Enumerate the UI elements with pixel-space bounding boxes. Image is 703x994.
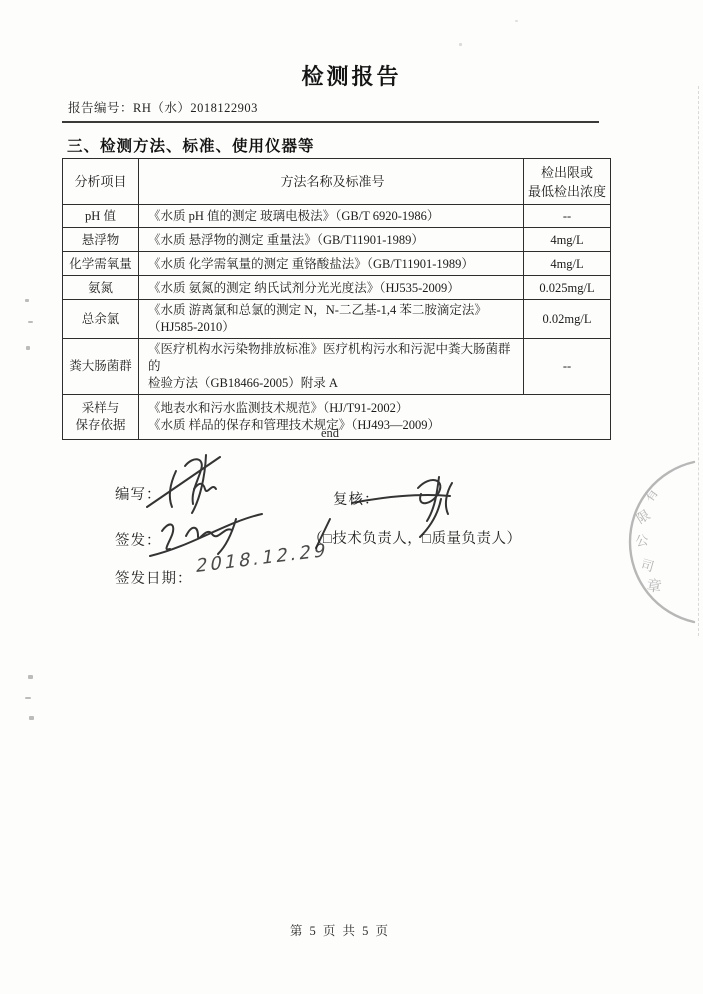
scan-speck bbox=[25, 697, 31, 699]
checkbox-tick-stroke bbox=[316, 519, 330, 548]
cell-item: pH 值 bbox=[63, 205, 139, 228]
cell-method: 《医疗机构水污染物排放标准》医疗机构污水和污泥中粪大肠菌群的 检验方法（GB18… bbox=[139, 339, 524, 395]
methods-table: 分析项目 方法名称及标准号 检出限或 最低检出浓度 pH 值 《水质 pH 值的… bbox=[62, 158, 611, 440]
scan-speck bbox=[515, 20, 518, 22]
reviewer-signature-scribble bbox=[352, 477, 452, 537]
scan-speck bbox=[25, 299, 29, 302]
scan-speck bbox=[28, 675, 33, 679]
issuer-signature-scribble bbox=[150, 514, 262, 556]
table-row: 悬浮物 《水质 悬浮物的测定 重量法》（GB/T11901-1989） 4mg/… bbox=[63, 228, 611, 252]
cell-limit: 0.02mg/L bbox=[524, 300, 611, 339]
table-header-row: 分析项目 方法名称及标准号 检出限或 最低检出浓度 bbox=[63, 159, 611, 205]
cell-limit: 4mg/L bbox=[524, 228, 611, 252]
col-header-limit: 检出限或 最低检出浓度 bbox=[524, 159, 611, 205]
col-header-item: 分析项目 bbox=[63, 159, 139, 205]
cell-limit: 4mg/L bbox=[524, 252, 611, 276]
col-header-method: 方法名称及标准号 bbox=[139, 159, 524, 205]
table-row: 氨氮 《水质 氨氮的测定 纳氏试剂分光光度法》（HJ535-2009） 0.02… bbox=[63, 276, 611, 300]
header-rule bbox=[62, 121, 599, 123]
cell-limit: 0.025mg/L bbox=[524, 276, 611, 300]
cell-method: 《水质 pH 值的测定 玻璃电极法》（GB/T 6920-1986） bbox=[139, 205, 524, 228]
table-row: 粪大肠菌群 《医疗机构水污染物排放标准》医疗机构污水和污泥中粪大肠菌群的 检验方… bbox=[63, 339, 611, 395]
page-title: 检测报告 bbox=[0, 60, 703, 91]
cell-method: 《水质 悬浮物的测定 重量法》（GB/T11901-1989） bbox=[139, 228, 524, 252]
cell-item: 化学需氧量 bbox=[63, 252, 139, 276]
table-row: 总余氯 《水质 游离氯和总氯的测定 N，N-二乙基-1,4 苯二胺滴定法》 （H… bbox=[63, 300, 611, 339]
table-row: 化学需氧量 《水质 化学需氧量的测定 重铬酸盐法》（GB/T11901-1989… bbox=[63, 252, 611, 276]
section-heading: 三、检测方法、标准、使用仪器等 bbox=[67, 134, 315, 156]
cell-method: 《水质 化学需氧量的测定 重铬酸盐法》（GB/T11901-1989） bbox=[139, 252, 524, 276]
cell-method: 《水质 游离氯和总氯的测定 N，N-二乙基-1,4 苯二胺滴定法》 （HJ585… bbox=[139, 300, 524, 339]
cell-item: 悬浮物 bbox=[63, 228, 139, 252]
cell-limit: -- bbox=[524, 339, 611, 395]
scanned-report-page: { "page": { "title": "检测报告", "report_no"… bbox=[0, 0, 703, 994]
seal-char: 公 bbox=[634, 532, 649, 549]
cell-item: 氨氮 bbox=[63, 276, 139, 300]
table-row: pH 值 《水质 pH 值的测定 玻璃电极法》（GB/T 6920-1986） … bbox=[63, 205, 611, 228]
cell-item: 粪大肠菌群 bbox=[63, 339, 139, 395]
scan-speck bbox=[26, 346, 30, 350]
cell-limit: -- bbox=[524, 205, 611, 228]
cell-method: 《水质 氨氮的测定 纳氏试剂分光光度法》（HJ535-2009） bbox=[139, 276, 524, 300]
scan-speck bbox=[29, 716, 34, 720]
page-footer: 第 5 页 共 5 页 bbox=[0, 921, 680, 939]
scan-edge-line bbox=[698, 86, 699, 636]
seal-char: 司 bbox=[639, 556, 656, 574]
report-number: 报告编号：RH（水）2018122903 bbox=[68, 98, 258, 116]
scan-speck bbox=[28, 321, 33, 323]
cell-item: 总余氯 bbox=[63, 300, 139, 339]
seal-char: 章 bbox=[645, 576, 662, 596]
scan-speck bbox=[459, 43, 462, 46]
seal-char: 有 bbox=[641, 485, 661, 504]
writer-signature-scribble bbox=[147, 455, 220, 513]
company-seal-stamp: 有 限 公 司 章 bbox=[575, 430, 703, 660]
